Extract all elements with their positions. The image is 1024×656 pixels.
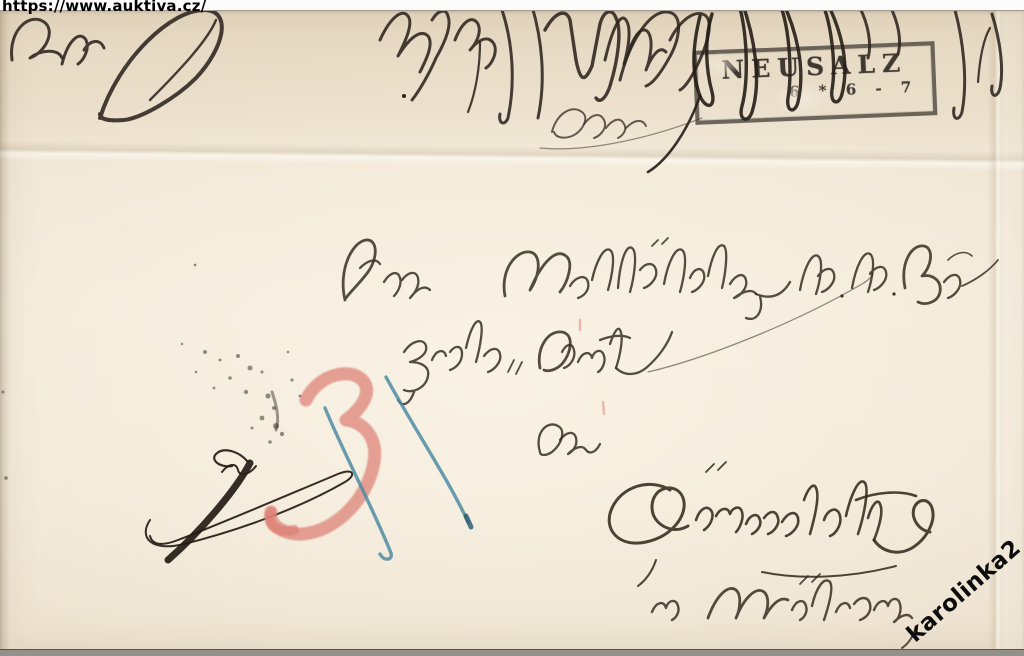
franco-mark — [146, 450, 352, 560]
address-line-1 — [343, 238, 998, 319]
blue-pencil-marks — [325, 377, 471, 559]
address-line-5 — [652, 574, 916, 648]
top-flourishes — [12, 6, 1002, 123]
address-line-3 — [539, 424, 600, 455]
handwriting-layer — [0, 0, 1024, 656]
ink-smudge-speckles — [2, 264, 302, 480]
auction-url-watermark: https://www.auktiva.cz/ — [2, 0, 206, 15]
address-line-4 — [609, 462, 933, 586]
scanned-postal-cover: NEUSALZ 6 * 6 - 7 — [0, 0, 1024, 656]
scanner-strip-bottom — [0, 649, 1024, 656]
address-line-2 — [398, 272, 873, 404]
red-specks — [580, 320, 604, 414]
